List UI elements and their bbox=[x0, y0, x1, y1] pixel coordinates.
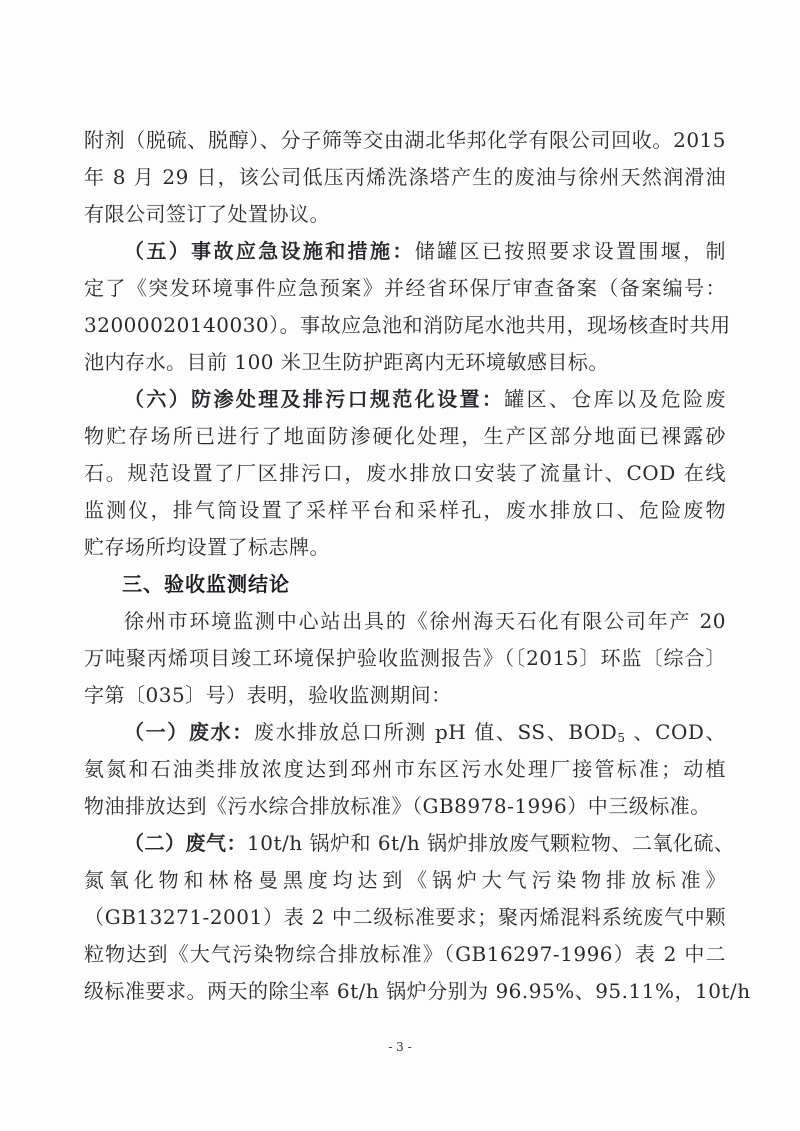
section-6-first-line: （六）防渗处理及排污口规范化设置：罐区、仓库以及危险废 bbox=[124, 384, 726, 414]
text-line: 氨氮和石油类排放浓度达到邳州市东区污水处理厂接管标准；动植 bbox=[84, 754, 726, 784]
section-5-label: （五）事故应急设施和措施： bbox=[124, 239, 415, 263]
text-line: （GB13271-2001）表 2 中二级标准要求；聚丙烯混料系统废气中颗 bbox=[84, 902, 726, 932]
page-number: - 3 - bbox=[0, 1040, 800, 1054]
text-line: 32000020140030）。事故应急池和消防尾水池共用，现场核查时共用 bbox=[84, 310, 726, 340]
section-6-label: （六）防渗处理及排污口规范化设置： bbox=[124, 387, 504, 411]
text-line: 级标准要求。两天的除尘率 6t/h 锅炉分别为 96.95%、95.11%，10… bbox=[84, 976, 726, 1006]
exhaust-label: （二）废气： bbox=[124, 831, 247, 855]
text-line: 物贮存场所已进行了地面防渗硬化处理，生产区部分地面已裸露砂 bbox=[84, 421, 726, 451]
document-page: 附剂（脱硫、脱醇）、分子筛等交由湖北华邦化学有限公司回收。2015 年 8 月 … bbox=[0, 0, 800, 1131]
text-line: 附剂（脱硫、脱醇）、分子筛等交由湖北华邦化学有限公司回收。2015 bbox=[84, 125, 726, 155]
text-line: 物油排放达到《污水综合排放标准》（GB8978-1996）中三级标准。 bbox=[84, 791, 711, 821]
text-line: 有限公司签订了处置协议。 bbox=[84, 199, 330, 229]
text-line: 氮氧化物和林格曼黑度均达到《锅炉大气污染物排放标准》 bbox=[84, 865, 726, 895]
text-line: 粒物达到《大气污染物综合排放标准》（GB16297-1996）表 2 中二 bbox=[84, 939, 726, 969]
section-5-first-line: （五）事故应急设施和措施：储罐区已按照要求设置围堰，制 bbox=[124, 236, 726, 266]
text-line: 徐州市环境监测中心站出具的《徐州海天石化有限公司年产 20 bbox=[124, 606, 726, 636]
text-line: 定了《突发环境事件应急预案》并经省环保厅审查备案（备案编号： bbox=[84, 273, 726, 303]
section-6-text: 罐区、仓库以及危险废 bbox=[504, 387, 726, 411]
section-heading: 三、验收监测结论 bbox=[122, 569, 290, 599]
text-line: 字第〔035〕号）表明，验收监测期间： bbox=[84, 680, 452, 710]
text-line: 石。规范设置了厂区排污口，废水排放口安装了流量计、COD 在线 bbox=[84, 458, 726, 488]
text-line: 监测仪，排气筒设置了采样平台和采样孔，废水排放口、危险废物 bbox=[84, 495, 726, 525]
exhaust-text: 10t/h 锅炉和 6t/h 锅炉排放废气颗粒物、二氧化硫、 bbox=[247, 831, 735, 855]
section-5-text: 储罐区已按照要求设置围堰，制 bbox=[415, 239, 726, 263]
text-line: 贮存场所均设置了标志牌。 bbox=[84, 532, 330, 562]
wastewater-label: （一）废水： bbox=[124, 720, 254, 744]
text-line: 万吨聚丙烯项目竣工环境保护验收监测报告》（〔2015〕环监〔综合〕 bbox=[84, 643, 726, 673]
exhaust-first-line: （二）废气：10t/h 锅炉和 6t/h 锅炉排放废气颗粒物、二氧化硫、 bbox=[124, 828, 726, 858]
text-line: 池内存水。目前 100 米卫生防护距离内无环境敏感目标。 bbox=[84, 347, 609, 377]
bod-subscript: 5 bbox=[617, 731, 625, 745]
text-line: 年 8 月 29 日，该公司低压丙烯洗涤塔产生的废油与徐州天然润滑油 bbox=[84, 162, 726, 192]
wastewater-first-line: （一）废水：废水排放总口所测 pH 值、SS、BOD5 、COD、 bbox=[124, 717, 726, 747]
wastewater-text: 、COD、 bbox=[626, 720, 727, 744]
wastewater-text: 废水排放总口所测 pH 值、SS、BOD bbox=[254, 720, 618, 744]
